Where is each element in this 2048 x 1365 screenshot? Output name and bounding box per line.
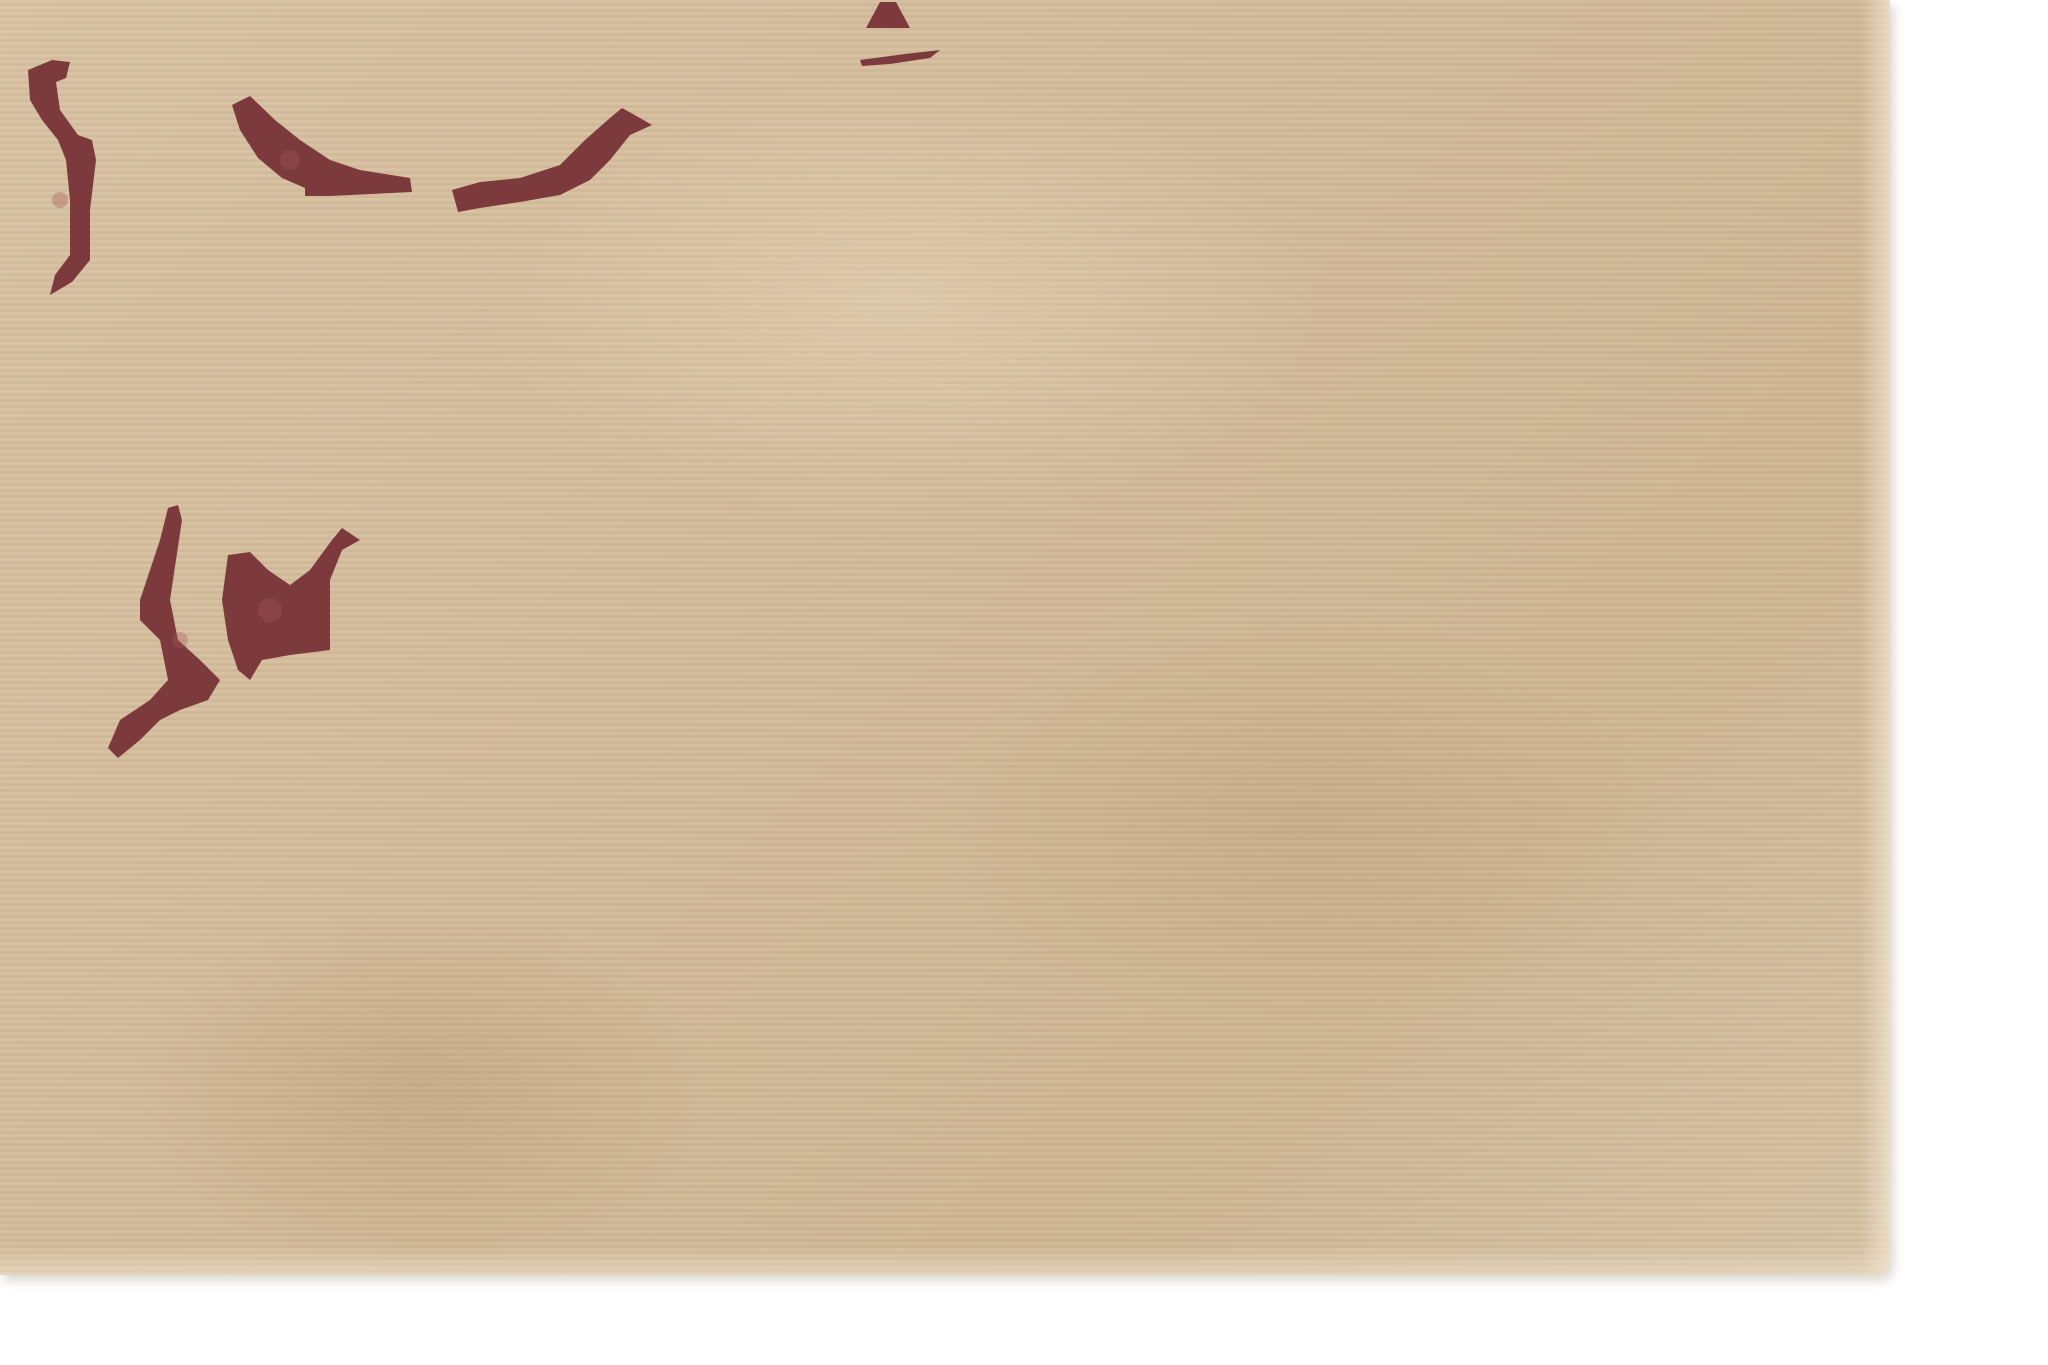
motif-vertical-stroke <box>28 60 96 295</box>
motif-curve <box>452 108 652 212</box>
rug-motifs <box>0 0 2048 1365</box>
motif-right-shape <box>222 528 360 680</box>
motif-dash <box>860 50 940 66</box>
motif-bird <box>232 96 412 196</box>
rug-photo <box>0 0 2048 1365</box>
motif-left-shape <box>108 505 220 758</box>
motif-triangle-top <box>866 2 910 28</box>
